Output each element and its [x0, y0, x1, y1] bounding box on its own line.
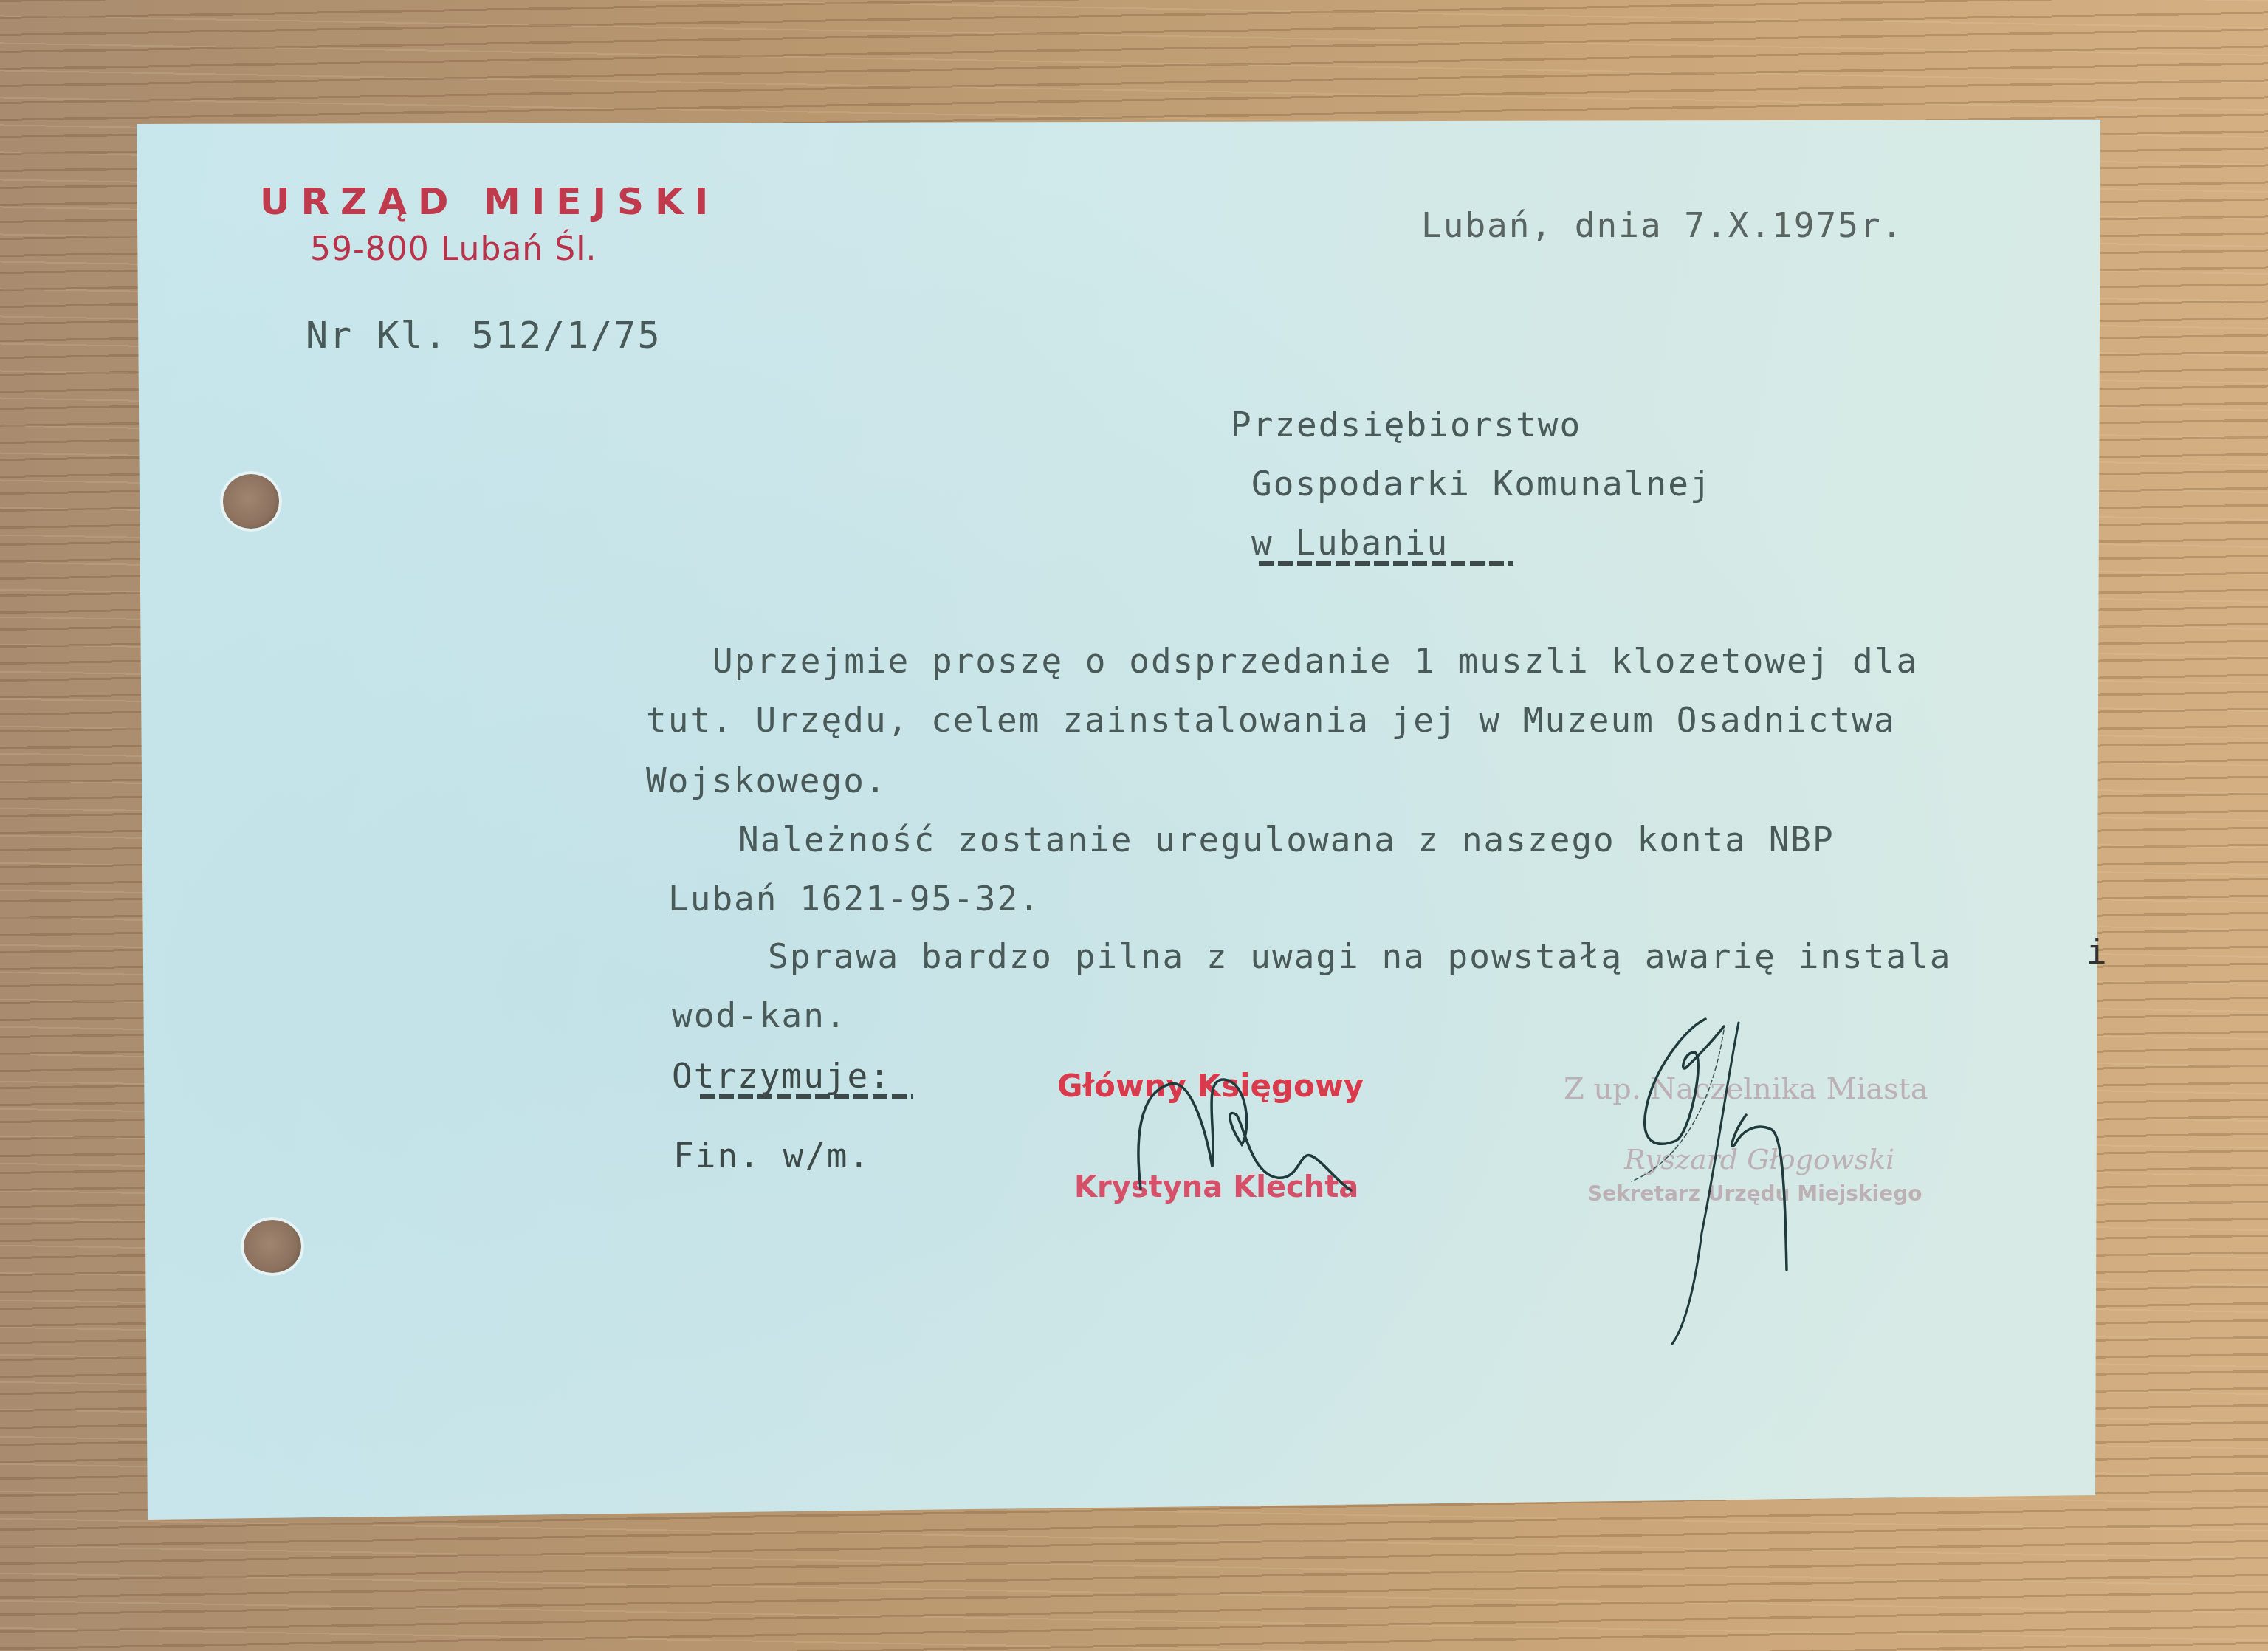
date-line: Lubań, dnia 7.X.1975r. — [1421, 205, 1903, 245]
office-name-stamp: URZĄD MIEJSKI — [260, 180, 719, 223]
accountant-signature — [1034, 1063, 1388, 1233]
body-p1-line2: tut. Urzędu, celem zainstalowania jej w … — [646, 700, 1896, 740]
body-p3-line2: wod-kan. — [672, 995, 848, 1035]
punch-hole-bottom — [244, 1220, 301, 1273]
recipients-label: Otrzymuje: — [672, 1056, 891, 1096]
addressee-line-2: Gospodarki Komunalnej — [1251, 464, 1712, 504]
punch-hole-top — [223, 474, 279, 529]
office-address-stamp: 59-800 Lubań Śl. — [310, 230, 597, 268]
reference-number: Nr Kl. 512/1/75 — [306, 314, 661, 357]
secretary-signature — [1536, 1012, 2052, 1366]
body-p3-overflow-char: i — [2086, 932, 2109, 972]
addressee-line-3: w Lubaniu — [1251, 523, 1449, 563]
body-p3-line1: Sprawa bardzo pilna z uwagi na powstałą … — [768, 936, 1952, 976]
recipients-underline — [700, 1094, 913, 1099]
body-p1-line3: Wojskowego. — [646, 761, 887, 800]
addressee-underline — [1259, 561, 1513, 566]
addressee-line-1: Przedsiębiorstwo — [1231, 405, 1581, 444]
body-p1-line1: Uprzejmie proszę o odsprzedanie 1 muszli… — [712, 641, 1918, 681]
body-p2-line2: Lubań 1621-95-32. — [668, 879, 1041, 919]
body-p2-line1: Należność zostanie uregulowana z naszego… — [738, 820, 1835, 859]
recipients-item: Fin. w/m. — [673, 1136, 870, 1175]
